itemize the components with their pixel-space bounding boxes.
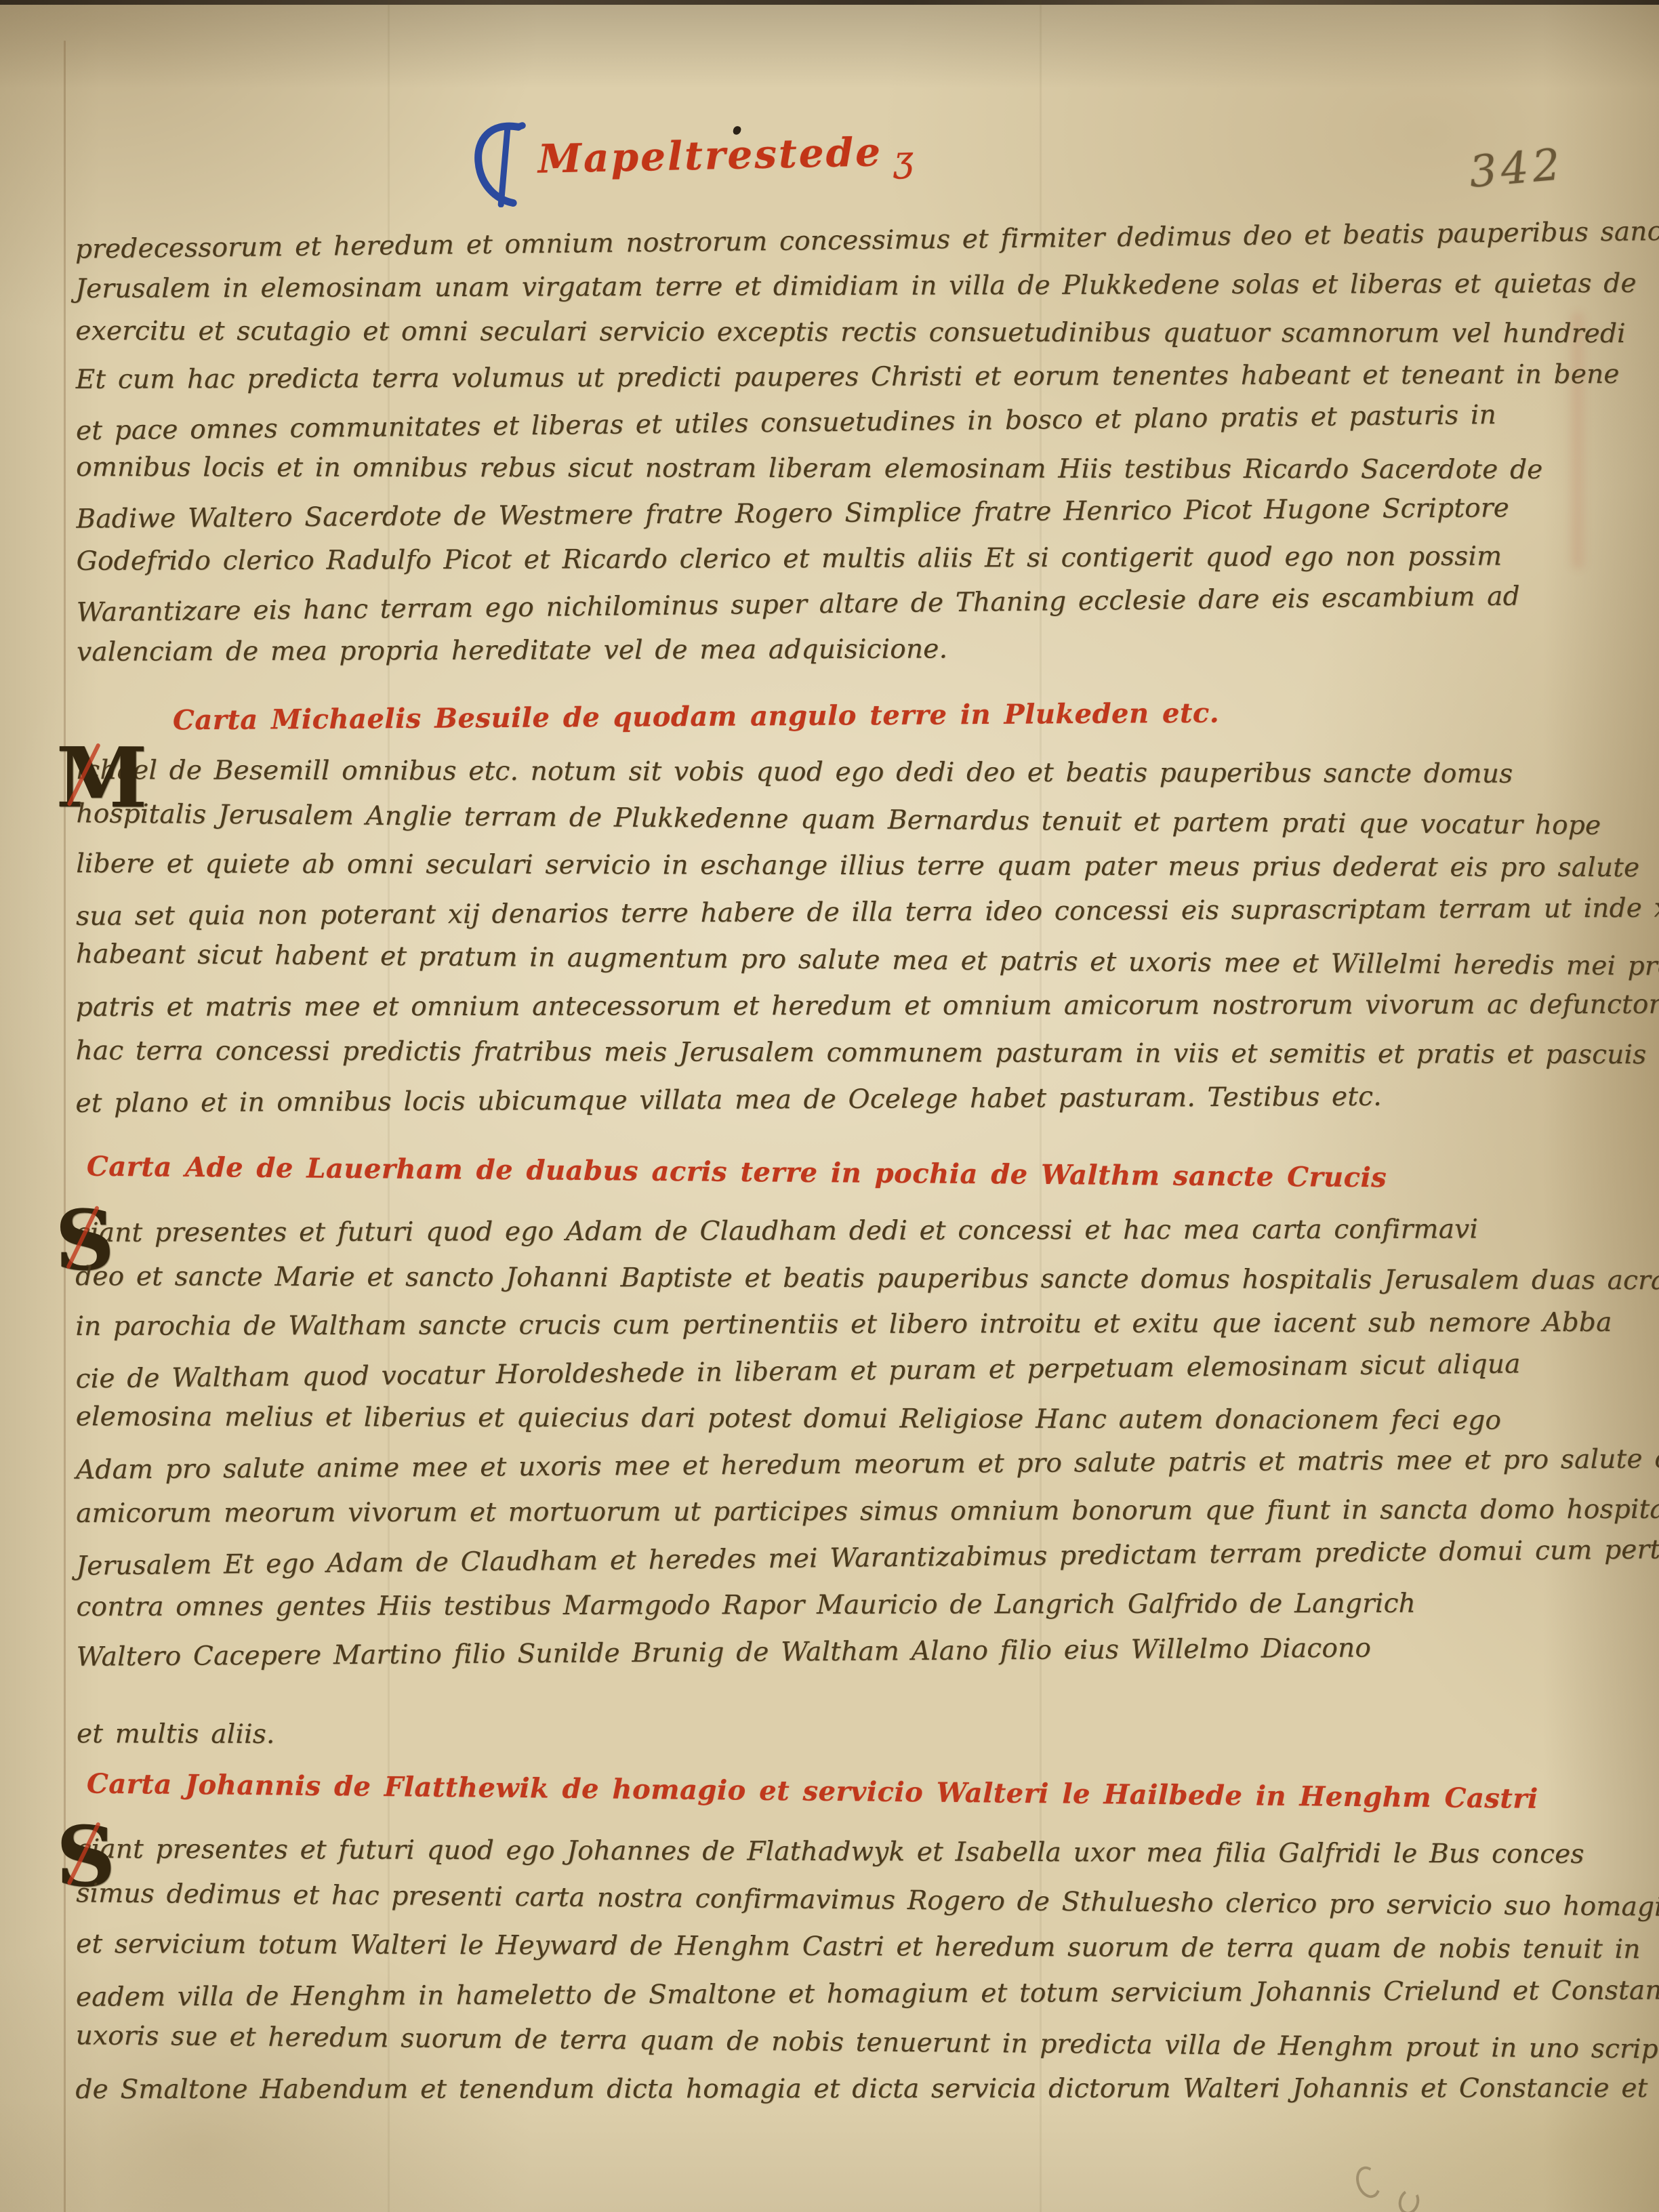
charter-paragraph: S ciant presentes et futuri quod ego Joh… — [75, 1826, 1586, 2116]
text-line: libere et quiete ab omni seculari servic… — [76, 840, 1586, 891]
text-line: ciant presentes et futuri quod ego Adam … — [75, 1206, 1585, 1256]
text-line: ciant presentes et futuri quod ego Johan… — [76, 1826, 1586, 1879]
paragraph-mark-icon — [470, 120, 530, 211]
text-line: elemosina melius et liberius et quiecius… — [76, 1393, 1586, 1444]
charter-paragraph: S ciant presentes et futuri quod ego Ada… — [75, 1206, 1586, 1761]
charter-paragraph: predecessorum et heredum et omnium nostr… — [75, 216, 1586, 675]
text-line: exercitu et scutagio et omni seculari se… — [75, 308, 1585, 356]
text-line: et multis aliis. — [77, 1711, 1586, 1761]
rubric-line: Carta Ade de Lauerham de duabus acris te… — [87, 1151, 1387, 1194]
text-line: eadem villa de Henghm in hameletto de Sm… — [76, 1967, 1586, 2022]
text-line: hac terra concessi predictis fratribus m… — [75, 1027, 1585, 1078]
ink-smudge — [1357, 2166, 1465, 2212]
manuscript-page: Mapeltrestede ʒ 342 predecessorum et her… — [0, 0, 1659, 2212]
heading-title: Mapeltrestede — [537, 117, 883, 182]
text-line: de Smaltone Habendum et tenendum dicta h… — [75, 2065, 1585, 2114]
rubric-line: Carta Johannis de Flatthewik de homagio … — [87, 1767, 1578, 1815]
rubric-line: Carta Michaelis Besuile de quodam angulo… — [173, 697, 1220, 737]
text-line: habeant sicut habent et pratum in augmen… — [76, 930, 1586, 989]
text-line: ichael de Besemill omnibus etc. notum si… — [77, 747, 1586, 798]
page-heading: Mapeltrestede ʒ — [470, 116, 914, 211]
text-line: uxoris sue et heredum suorum de terra qu… — [75, 2012, 1586, 2072]
text-line: omnibus locis et in omnibus rebus sicut … — [76, 445, 1586, 493]
folio-number: 342 — [1467, 140, 1566, 198]
text-line: Adam pro salute anime mee et uxoris mee … — [76, 1436, 1586, 1494]
text-line: Waltero Cacepere Martino filio Sunilde B… — [76, 1623, 1586, 1681]
text-line: Badiwe Waltero Sacerdote de Westmere fra… — [76, 485, 1586, 541]
charter-paragraph: M ichael de Besemill omnibus etc. notum … — [75, 747, 1586, 1125]
text-line: et plano et in omnibus locis ubicumque v… — [75, 1072, 1585, 1127]
text-line: sua set quia non poterant xij denarios t… — [76, 885, 1586, 940]
heading-flourish: ʒ — [893, 116, 914, 180]
text-line: contra omnes gentes Hiis testibus Marmgo… — [76, 1580, 1586, 1631]
text-line: patris et matris mee et omnium antecesso… — [76, 981, 1586, 1031]
photo-top-edge — [0, 0, 1659, 5]
text-line: cie de Waltham quod vocatur Horoldeshede… — [75, 1340, 1586, 1402]
text-line: hospitalis Jerusalem Anglie terram de Pl… — [76, 790, 1586, 848]
text-line: deo et sancte Marie et sancto Johanni Ba… — [75, 1253, 1585, 1304]
